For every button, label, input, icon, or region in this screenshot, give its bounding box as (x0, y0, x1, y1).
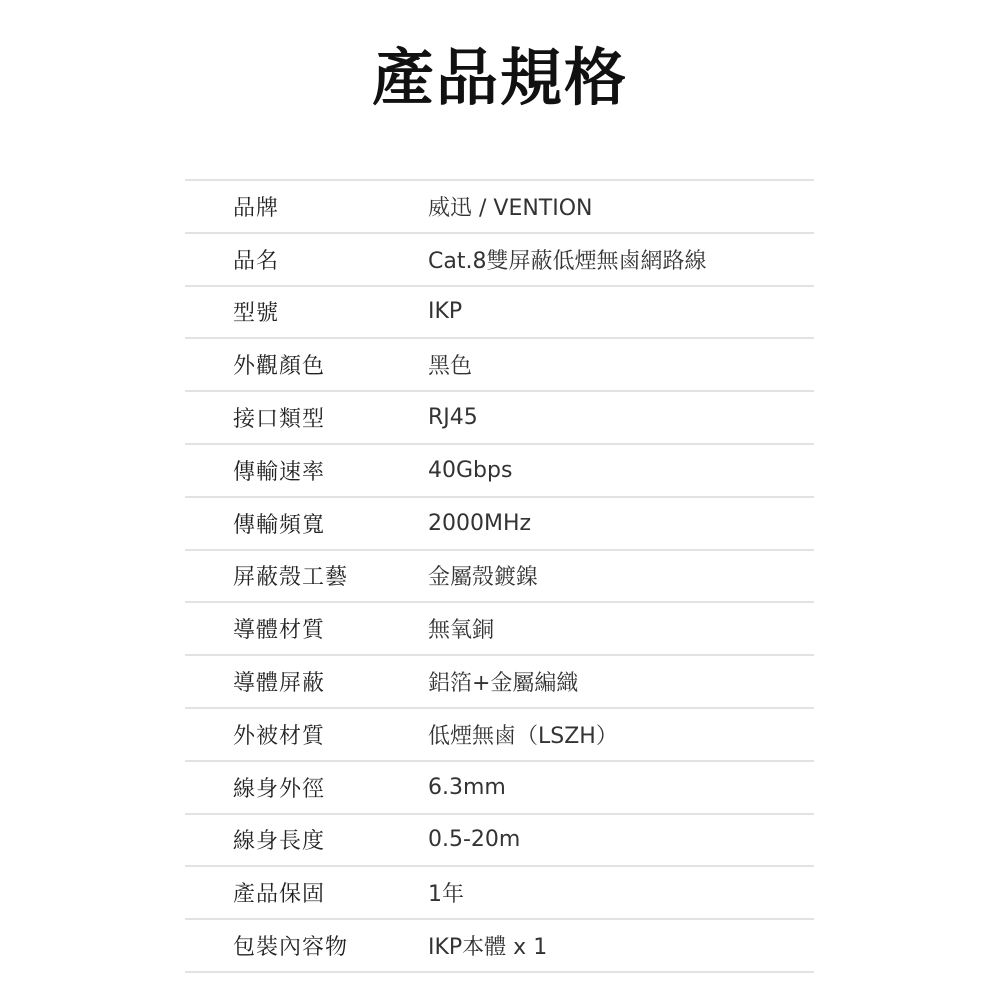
spec-row-shell-process: 屏蔽殼工藝 金屬殼鍍鎳 (185, 551, 814, 604)
spec-value: 威迅 / VENTION (428, 181, 593, 232)
spec-value: 6.3mm (428, 762, 506, 813)
spec-row-color: 外觀顏色 黑色 (185, 339, 814, 392)
spec-label: 導體屏蔽 (233, 656, 325, 707)
spec-row-outer-diameter: 線身外徑 6.3mm (185, 762, 814, 815)
spec-value: RJ45 (428, 392, 478, 443)
spec-value: 無氧銅 (428, 603, 494, 654)
spec-row-product-name: 品名 Cat.8雙屏蔽低煙無鹵網路線 (185, 234, 814, 287)
spec-value: 低煙無鹵（LSZH） (428, 709, 618, 760)
spec-value: 40Gbps (428, 445, 512, 496)
spec-value: 0.5-20m (428, 815, 520, 866)
spec-label: 傳輸速率 (233, 445, 325, 496)
spec-row-brand: 品牌 威迅 / VENTION (185, 181, 814, 234)
spec-label: 線身長度 (233, 815, 325, 866)
spec-label: 屏蔽殼工藝 (233, 551, 348, 602)
spec-value: 1年 (428, 867, 464, 918)
spec-label: 產品保固 (233, 867, 325, 918)
spec-label: 品名 (233, 234, 279, 285)
spec-row-package-contents: 包裝內容物 IKP本體 x 1 (185, 920, 814, 973)
spec-row-warranty: 產品保固 1年 (185, 867, 814, 920)
spec-value: 2000MHz (428, 498, 531, 549)
spec-row-bandwidth: 傳輸頻寬 2000MHz (185, 498, 814, 551)
spec-label: 外觀顏色 (233, 339, 325, 390)
spec-table: 品牌 威迅 / VENTION 品名 Cat.8雙屏蔽低煙無鹵網路線 型號 IK… (185, 179, 814, 973)
spec-value: 鋁箔+金屬編織 (428, 656, 578, 707)
spec-row-model: 型號 IKP (185, 287, 814, 340)
spec-label: 導體材質 (233, 603, 325, 654)
spec-value: 金屬殼鍍鎳 (428, 551, 538, 602)
page-title: 產品規格 (0, 38, 1000, 118)
spec-label: 傳輸頻寬 (233, 498, 325, 549)
spec-row-jacket-material: 外被材質 低煙無鹵（LSZH） (185, 709, 814, 762)
spec-row-conductor-material: 導體材質 無氧銅 (185, 603, 814, 656)
spec-label: 包裝內容物 (233, 920, 348, 971)
spec-row-connector-type: 接口類型 RJ45 (185, 392, 814, 445)
spec-label: 型號 (233, 287, 279, 338)
spec-row-conductor-shielding: 導體屏蔽 鋁箔+金屬編織 (185, 656, 814, 709)
spec-label: 接口類型 (233, 392, 325, 443)
spec-value: 黑色 (428, 339, 472, 390)
spec-value: IKP本體 x 1 (428, 920, 547, 971)
spec-row-transfer-rate: 傳輸速率 40Gbps (185, 445, 814, 498)
spec-value: Cat.8雙屏蔽低煙無鹵網路線 (428, 234, 706, 285)
spec-label: 線身外徑 (233, 762, 325, 813)
spec-row-cable-length: 線身長度 0.5-20m (185, 815, 814, 868)
spec-label: 外被材質 (233, 709, 325, 760)
spec-value: IKP (428, 287, 462, 338)
spec-label: 品牌 (233, 181, 279, 232)
